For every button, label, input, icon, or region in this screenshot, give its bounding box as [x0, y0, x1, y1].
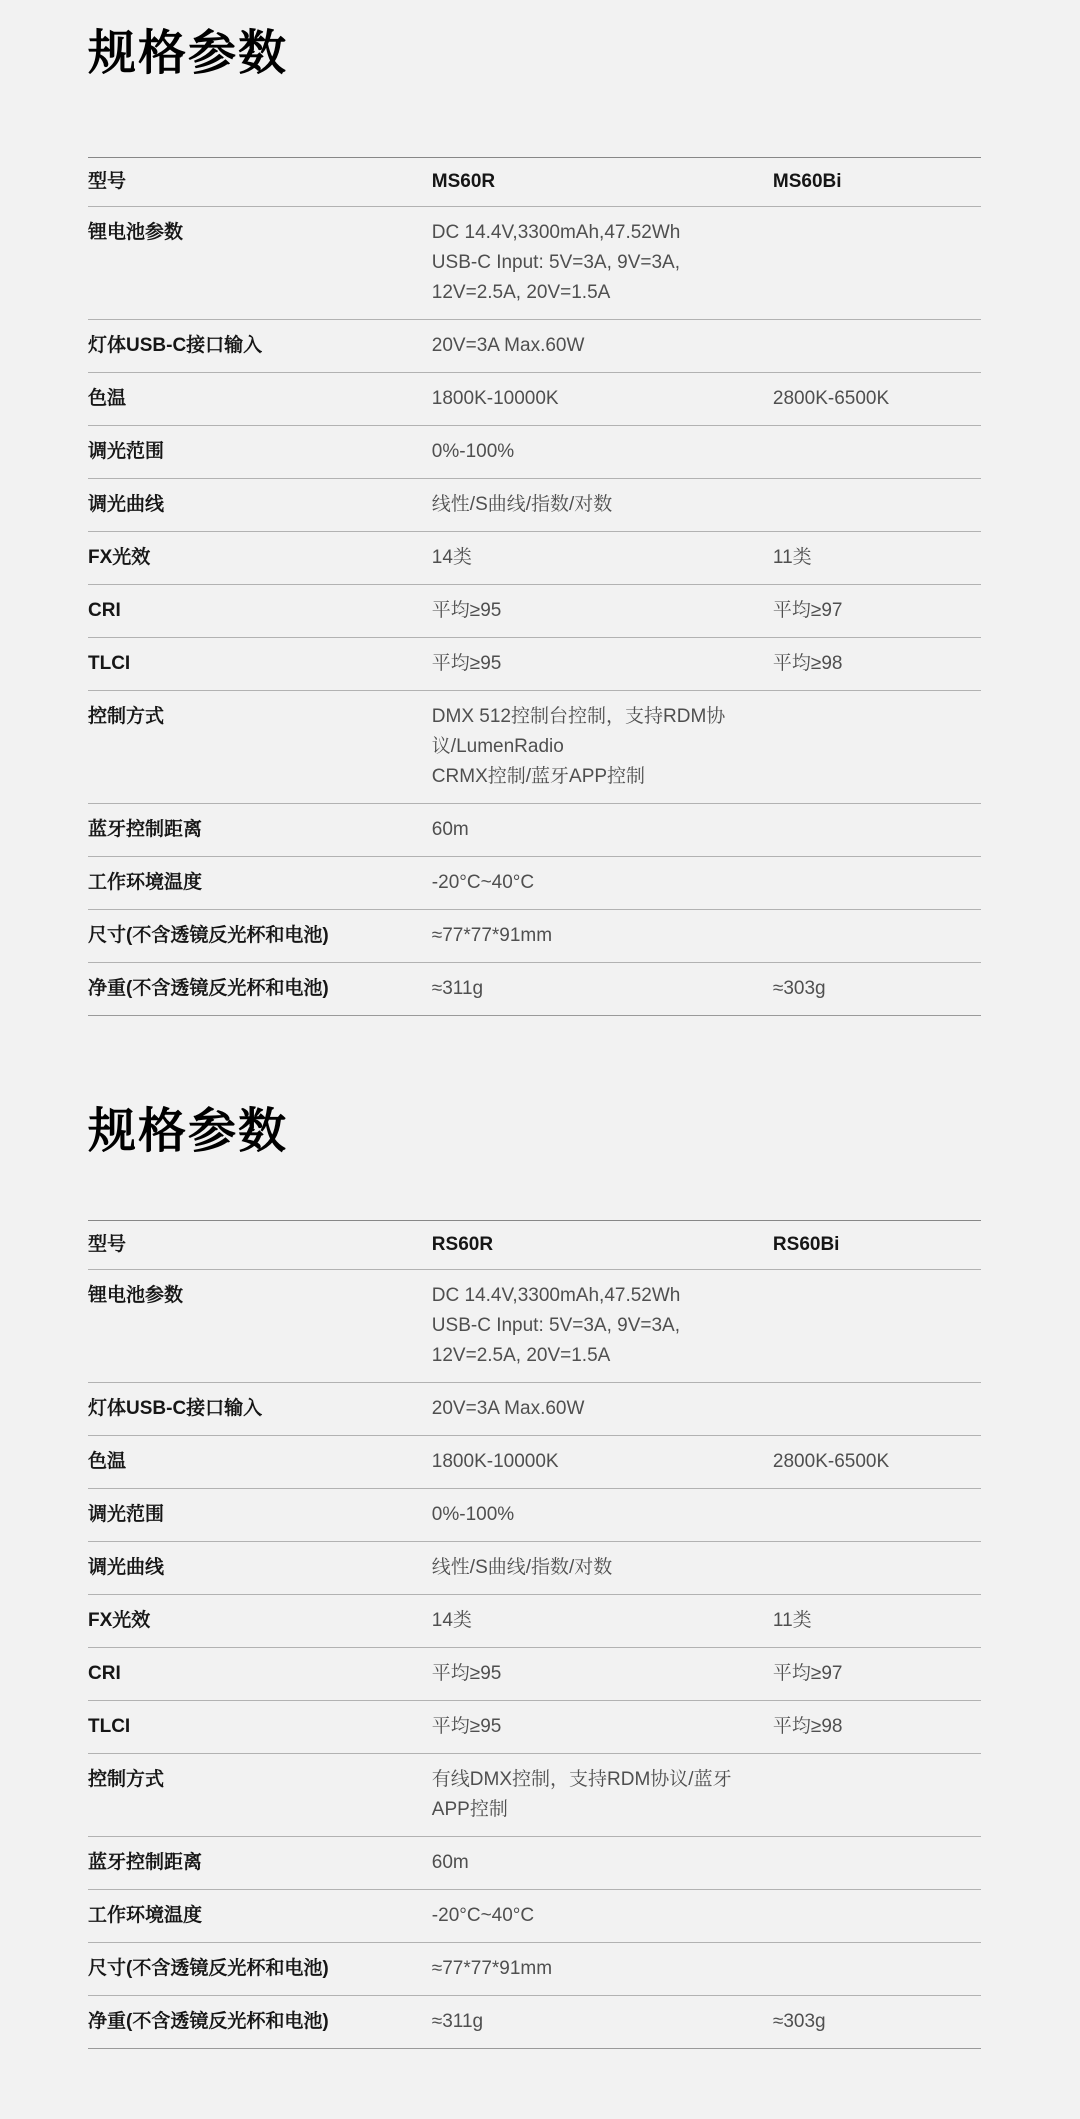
- spec-value-line-1: 0%-100%: [432, 437, 759, 467]
- spec-row: 净重(不含透镜反光杯和电池) ≈311g ≈303g: [88, 963, 981, 1016]
- spec-value-primary: 有线DMX控制，支持RDM协议/蓝牙APP控制: [432, 1765, 773, 1825]
- section-title: 规格参数: [88, 26, 981, 82]
- spec-value-line-1: 1800K-10000K: [432, 384, 759, 414]
- spec-value-secondary: 2800K-6500K: [773, 1447, 981, 1477]
- spec-value-line-1: -20°C~40°C: [432, 1901, 759, 1931]
- spec-value-secondary: 平均≥98: [773, 1712, 981, 1742]
- spec-value-line-1: 20V=3A Max.60W: [432, 331, 759, 361]
- spec-value-primary: 60m: [432, 1848, 773, 1878]
- spec-value-primary: ≈311g: [432, 2007, 773, 2037]
- spec-label: 工作环境温度: [88, 1901, 432, 1931]
- spec-row: 蓝牙控制距离 60m: [88, 804, 981, 857]
- spec-value-line-1: 14类: [432, 1606, 759, 1636]
- spec-value-primary: 平均≥95: [432, 596, 773, 626]
- spec-label: 色温: [88, 1447, 432, 1477]
- spec-label: FX光效: [88, 1606, 432, 1636]
- spec-value-line-1: 平均≥95: [432, 1712, 759, 1742]
- spec-row: FX光效 14类 11类: [88, 532, 981, 585]
- spec-value-secondary: 平均≥97: [773, 1659, 981, 1689]
- section-ms60: 规格参数 型号 MS60R MS60Bi 锂电池参数 DC 14.4V,3300…: [88, 26, 981, 1016]
- spec-row: 锂电池参数 DC 14.4V,3300mAh,47.52Wh USB-C Inp…: [88, 207, 981, 320]
- spec-row: 蓝牙控制距离 60m: [88, 1837, 981, 1890]
- spec-label: 净重(不含透镜反光杯和电池): [88, 974, 432, 1004]
- spec-value-line-1: 60m: [432, 815, 759, 845]
- spec-row: FX光效 14类 11类: [88, 1595, 981, 1648]
- spec-row: 调光曲线 线性/S曲线/指数/对数: [88, 479, 981, 532]
- spec-label: CRI: [88, 596, 432, 626]
- spec-row: 灯体USB-C接口输入 20V=3A Max.60W: [88, 1383, 981, 1436]
- spec-label: TLCI: [88, 1712, 432, 1742]
- spec-value-primary: DC 14.4V,3300mAh,47.52Wh USB-C Input: 5V…: [432, 218, 773, 308]
- spec-label: 工作环境温度: [88, 868, 432, 898]
- spec-label: 调光曲线: [88, 1553, 432, 1583]
- spec-value-line-2: CRMX控制/蓝牙APP控制: [432, 762, 759, 792]
- spec-value-line-1: 平均≥95: [432, 596, 759, 626]
- spec-value-line-1: DC 14.4V,3300mAh,47.52Wh: [432, 1281, 759, 1311]
- spec-label: TLCI: [88, 649, 432, 679]
- spec-label: 调光曲线: [88, 490, 432, 520]
- spec-row: TLCI 平均≥95 平均≥98: [88, 1701, 981, 1754]
- spec-row: 色温 1800K-10000K 2800K-6500K: [88, 1436, 981, 1489]
- spec-value-secondary: 平均≥97: [773, 596, 981, 626]
- spec-value-secondary: ≈303g: [773, 2007, 981, 2037]
- spec-label: 调光范围: [88, 437, 432, 467]
- spec-value-line-1: DMX 512控制台控制，支持RDM协议/LumenRadio: [432, 702, 759, 762]
- spec-value-primary: 0%-100%: [432, 437, 773, 467]
- model-name-2: MS60Bi: [773, 167, 981, 197]
- spec-value-line-1: 60m: [432, 1848, 759, 1878]
- spec-value-primary: -20°C~40°C: [432, 1901, 773, 1931]
- spec-value-secondary: 11类: [773, 543, 981, 573]
- spec-value-line-1: 线性/S曲线/指数/对数: [432, 1553, 759, 1583]
- section-title: 规格参数: [88, 1104, 981, 1160]
- model-name-1: MS60R: [432, 167, 773, 197]
- spec-label: 尺寸(不含透镜反光杯和电池): [88, 1954, 432, 1984]
- section-rs60: 规格参数 型号 RS60R RS60Bi 锂电池参数 DC 14.4V,3300…: [88, 1104, 981, 2049]
- spec-row: 工作环境温度 -20°C~40°C: [88, 857, 981, 910]
- spec-label: 尺寸(不含透镜反光杯和电池): [88, 921, 432, 951]
- spec-row: CRI 平均≥95 平均≥97: [88, 1648, 981, 1701]
- spec-value-primary: 20V=3A Max.60W: [432, 1394, 773, 1424]
- spec-value-primary: 0%-100%: [432, 1500, 773, 1530]
- spec-value-line-1: -20°C~40°C: [432, 868, 759, 898]
- spec-value-line-1: 20V=3A Max.60W: [432, 1394, 759, 1424]
- spec-value-secondary: ≈303g: [773, 974, 981, 1004]
- spec-label: 灯体USB-C接口输入: [88, 331, 432, 361]
- spec-value-primary: DC 14.4V,3300mAh,47.52Wh USB-C Input: 5V…: [432, 1281, 773, 1371]
- spec-header-row: 型号 MS60R MS60Bi: [88, 158, 981, 207]
- spec-value-line-1: 线性/S曲线/指数/对数: [432, 490, 759, 520]
- spec-value-primary: 20V=3A Max.60W: [432, 331, 773, 361]
- spec-value-secondary: 2800K-6500K: [773, 384, 981, 414]
- spec-value-primary: 60m: [432, 815, 773, 845]
- spec-value-line-1: 0%-100%: [432, 1500, 759, 1530]
- spec-value-secondary: 11类: [773, 1606, 981, 1636]
- spec-value-line-1: 14类: [432, 543, 759, 573]
- spec-value-line-2: USB-C Input: 5V=3A, 9V=3A, 12V=2.5A, 20V…: [432, 248, 759, 308]
- spec-label: 色温: [88, 384, 432, 414]
- model-label: 型号: [88, 167, 432, 197]
- spec-header-row: 型号 RS60R RS60Bi: [88, 1221, 981, 1270]
- spec-row: 灯体USB-C接口输入 20V=3A Max.60W: [88, 320, 981, 373]
- spec-value-primary: ≈77*77*91mm: [432, 921, 773, 951]
- model-name-2: RS60Bi: [773, 1230, 981, 1260]
- spec-row: 尺寸(不含透镜反光杯和电池) ≈77*77*91mm: [88, 1943, 981, 1996]
- spec-row: TLCI 平均≥95 平均≥98: [88, 638, 981, 691]
- spec-label: FX光效: [88, 543, 432, 573]
- spec-value-primary: -20°C~40°C: [432, 868, 773, 898]
- model-label: 型号: [88, 1230, 432, 1260]
- spec-label: 锂电池参数: [88, 1281, 432, 1311]
- spec-page: 规格参数 型号 MS60R MS60Bi 锂电池参数 DC 14.4V,3300…: [0, 0, 1080, 2119]
- spec-label: 灯体USB-C接口输入: [88, 1394, 432, 1424]
- spec-row: 调光曲线 线性/S曲线/指数/对数: [88, 1542, 981, 1595]
- spec-value-secondary: 平均≥98: [773, 649, 981, 679]
- spec-value-line-1: 平均≥95: [432, 649, 759, 679]
- spec-label: 净重(不含透镜反光杯和电池): [88, 2007, 432, 2037]
- spec-row: 调光范围 0%-100%: [88, 1489, 981, 1542]
- spec-value-line-1: 有线DMX控制，支持RDM协议/蓝牙APP控制: [432, 1765, 759, 1825]
- model-name-1: RS60R: [432, 1230, 773, 1260]
- spec-label: CRI: [88, 1659, 432, 1689]
- spec-table-rs60: 型号 RS60R RS60Bi 锂电池参数 DC 14.4V,3300mAh,4…: [88, 1220, 981, 2049]
- spec-row: 控制方式 DMX 512控制台控制，支持RDM协议/LumenRadio CRM…: [88, 691, 981, 804]
- spec-value-line-1: 平均≥95: [432, 1659, 759, 1689]
- spec-row: 净重(不含透镜反光杯和电池) ≈311g ≈303g: [88, 1996, 981, 2049]
- spec-row: 色温 1800K-10000K 2800K-6500K: [88, 373, 981, 426]
- spec-value-primary: 14类: [432, 1606, 773, 1636]
- spec-label: 蓝牙控制距离: [88, 1848, 432, 1878]
- spec-row: 工作环境温度 -20°C~40°C: [88, 1890, 981, 1943]
- spec-value-primary: ≈77*77*91mm: [432, 1954, 773, 1984]
- spec-value-line-2: USB-C Input: 5V=3A, 9V=3A, 12V=2.5A, 20V…: [432, 1311, 759, 1371]
- spec-row: 尺寸(不含透镜反光杯和电池) ≈77*77*91mm: [88, 910, 981, 963]
- spec-value-primary: ≈311g: [432, 974, 773, 1004]
- spec-label: 控制方式: [88, 702, 432, 732]
- spec-value-line-1: 1800K-10000K: [432, 1447, 759, 1477]
- spec-label: 调光范围: [88, 1500, 432, 1530]
- spec-table-ms60: 型号 MS60R MS60Bi 锂电池参数 DC 14.4V,3300mAh,4…: [88, 157, 981, 1016]
- spec-value-primary: 平均≥95: [432, 1712, 773, 1742]
- spec-value-line-1: ≈77*77*91mm: [432, 921, 759, 951]
- spec-value-primary: 平均≥95: [432, 649, 773, 679]
- spec-label: 控制方式: [88, 1765, 432, 1795]
- spec-value-line-1: DC 14.4V,3300mAh,47.52Wh: [432, 218, 759, 248]
- spec-value-primary: 线性/S曲线/指数/对数: [432, 1553, 773, 1583]
- spec-value-primary: 1800K-10000K: [432, 1447, 773, 1477]
- spec-label: 锂电池参数: [88, 218, 432, 248]
- spec-value-line-1: ≈311g: [432, 974, 759, 1004]
- spec-row: 控制方式 有线DMX控制，支持RDM协议/蓝牙APP控制: [88, 1754, 981, 1837]
- spec-value-primary: 14类: [432, 543, 773, 573]
- spec-label: 蓝牙控制距离: [88, 815, 432, 845]
- spec-value-line-1: ≈77*77*91mm: [432, 1954, 759, 1984]
- spec-row: CRI 平均≥95 平均≥97: [88, 585, 981, 638]
- spec-value-primary: 线性/S曲线/指数/对数: [432, 490, 773, 520]
- spec-row: 锂电池参数 DC 14.4V,3300mAh,47.52Wh USB-C Inp…: [88, 1270, 981, 1383]
- spec-value-primary: DMX 512控制台控制，支持RDM协议/LumenRadio CRMX控制/蓝…: [432, 702, 773, 792]
- spec-row: 调光范围 0%-100%: [88, 426, 981, 479]
- spec-value-primary: 平均≥95: [432, 1659, 773, 1689]
- spec-value-line-1: ≈311g: [432, 2007, 759, 2037]
- spec-value-primary: 1800K-10000K: [432, 384, 773, 414]
